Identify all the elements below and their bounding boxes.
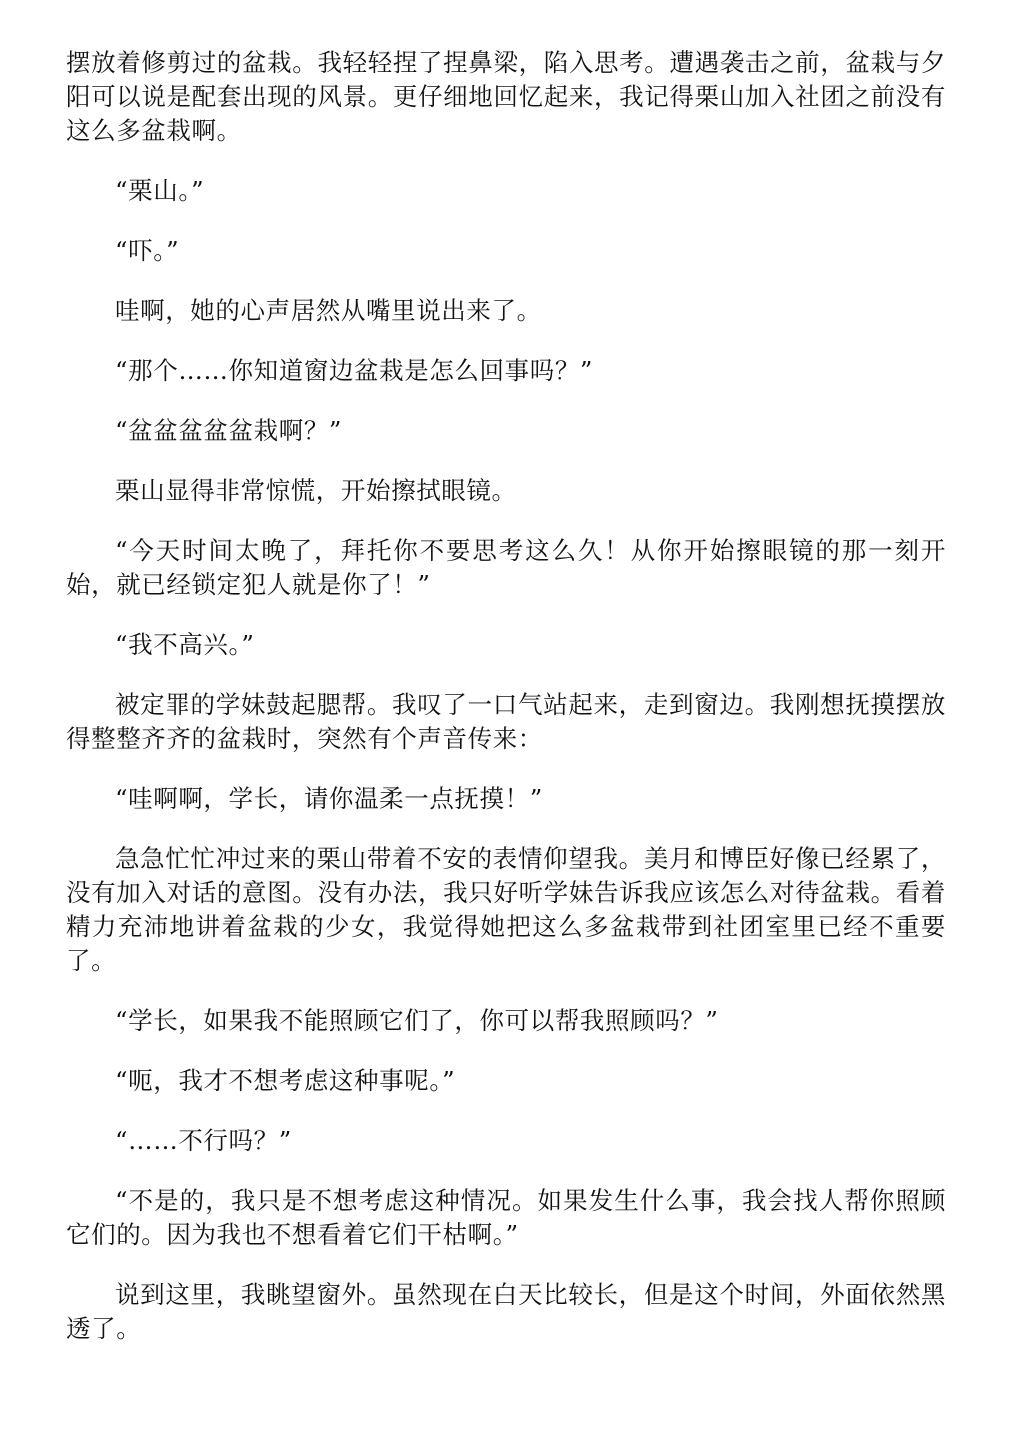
document-page: 摆放着修剪过的盆栽。我轻轻捏了捏鼻梁，陷入思考。遭遇袭击之前，盆栽与夕阳可以说是… [66, 46, 946, 1372]
paragraph-narration: 哇啊，她的心声居然从嘴里说出来了。 [66, 294, 946, 328]
paragraph-narration: 说到这里，我眺望窗外。虽然现在白天比较长，但是这个时间，外面依然黑透了。 [66, 1278, 946, 1346]
paragraph-narration: 栗山显得非常惊慌，开始擦拭眼镜。 [66, 474, 946, 508]
paragraph-dialogue: “栗山。” [66, 174, 946, 208]
paragraph-dialogue: “不是的，我只是不想考虑这种情况。如果发生什么事，我会找人帮你照顾它们的。因为我… [66, 1184, 946, 1252]
paragraph-dialogue: “哇啊啊，学长，请你温柔一点抚摸！” [66, 782, 946, 816]
paragraph-dialogue: “今天时间太晚了，拜托你不要思考这么久！从你开始擦眼镜的那一刻开始，就已经锁定犯… [66, 534, 946, 602]
paragraph-dialogue: “吓。” [66, 234, 946, 268]
paragraph-dialogue: “盆盆盆盆盆栽啊？” [66, 414, 946, 448]
paragraph-narration: 急急忙忙冲过来的栗山带着不安的表情仰望我。美月和博臣好像已经累了，没有加入对话的… [66, 842, 946, 978]
paragraph-dialogue: “那个……你知道窗边盆栽是怎么回事吗？” [66, 354, 946, 388]
paragraph-dialogue: “……不行吗？” [66, 1124, 946, 1158]
paragraph-narration: 被定罪的学妹鼓起腮帮。我叹了一口气站起来，走到窗边。我刚想抚摸摆放得整整齐齐的盆… [66, 688, 946, 756]
paragraph-dialogue: “我不高兴。” [66, 628, 946, 662]
paragraph-dialogue: “呃，我才不想考虑这种事呢。” [66, 1064, 946, 1098]
paragraph-continuation: 摆放着修剪过的盆栽。我轻轻捏了捏鼻梁，陷入思考。遭遇袭击之前，盆栽与夕阳可以说是… [66, 46, 946, 148]
paragraph-dialogue: “学长，如果我不能照顾它们了，你可以帮我照顾吗？” [66, 1004, 946, 1038]
